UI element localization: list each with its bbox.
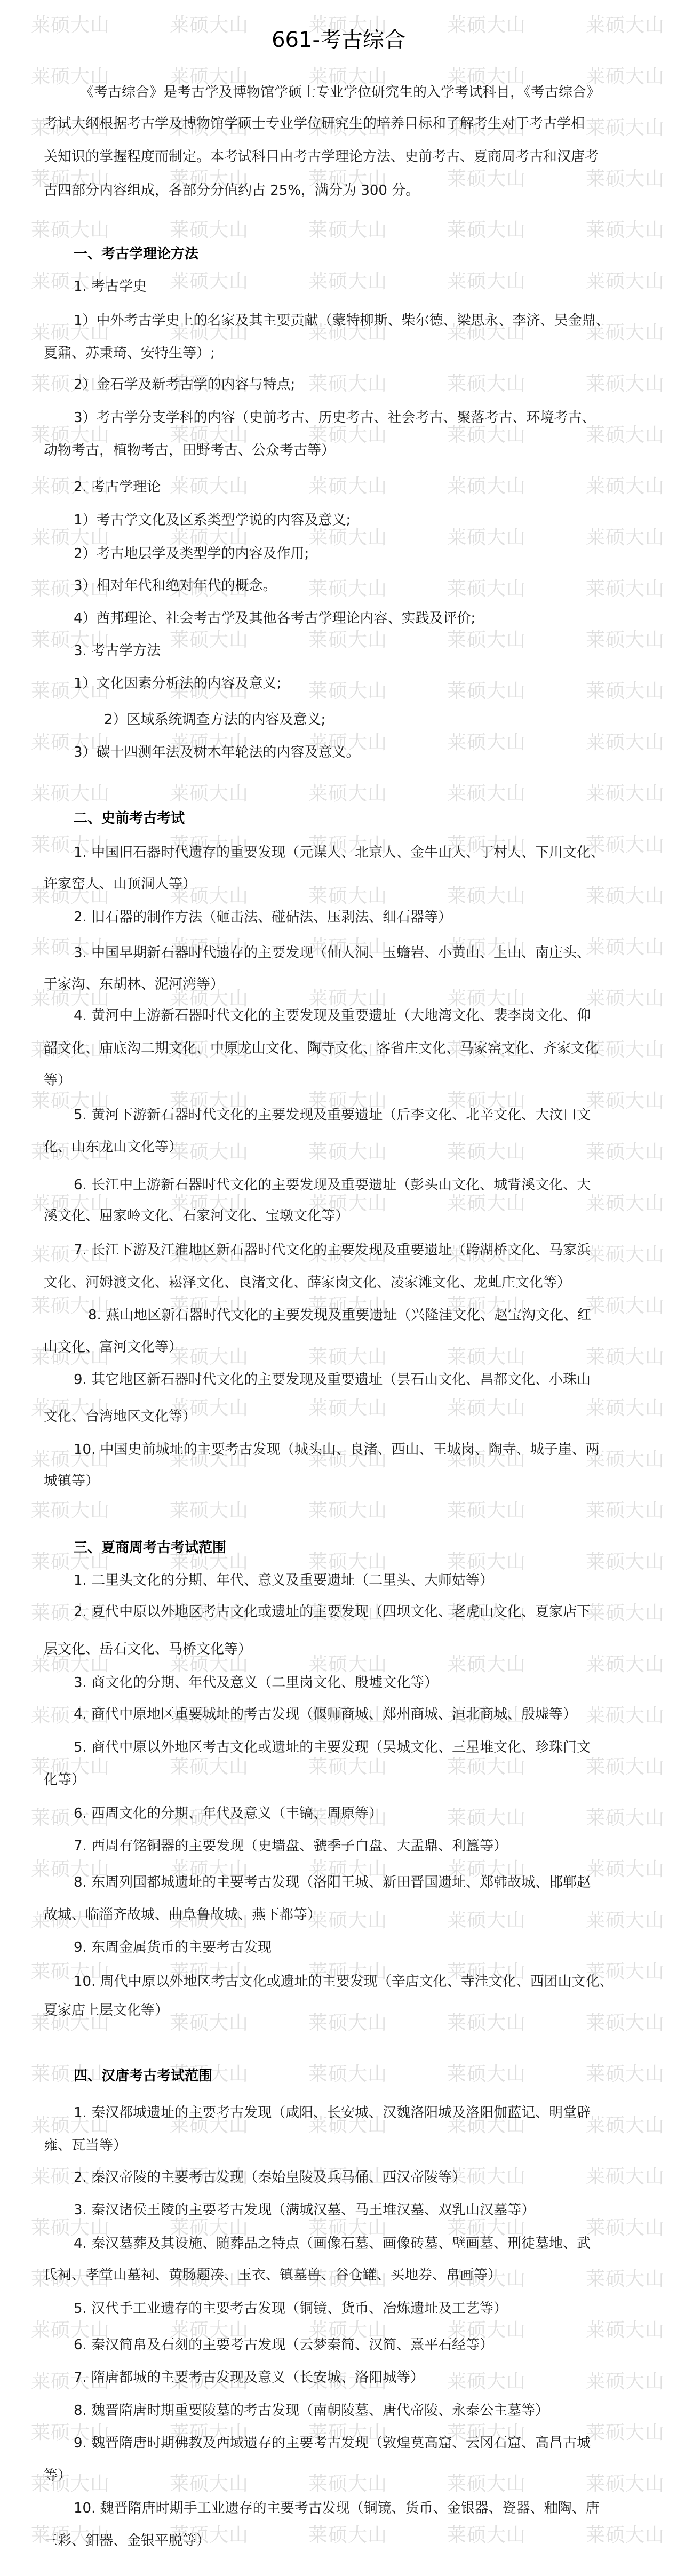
list-item: 1. 中国旧石器时代遗存的重要发现（元谋人、北京人、金牛山人、丁村人、下川文化、: [74, 845, 604, 861]
intro-line: 古四部分内容组成，各部分分值约占 25%，满分为 300 分。: [44, 182, 419, 198]
list-item: 8. 燕山地区新石器时代文化的主要发现及重要遗址（兴隆洼文化、赵宝沟文化、红: [88, 1307, 591, 1323]
list-item: 1）文化因素分析法的内容及意义;: [74, 675, 281, 691]
list-item-cont: 雍、瓦当等）: [44, 2137, 127, 2153]
intro-line: 《考古综合》是考古学及博物馆学硕士专业学位研究生的入学考试科目，《考古综合》: [80, 84, 600, 100]
section-heading: 四、汉唐考古考试范围: [74, 2068, 212, 2084]
list-item: 3）碳十四测年法及树木年轮法的内容及意义。: [74, 744, 360, 760]
section-heading: 一、考古学理论方法: [74, 246, 198, 262]
list-item: 3）考古学分支学科的内容（史前考古、历史考古、社会考古、聚落考古、环境考古、: [74, 410, 596, 426]
list-item: 7. 隋唐都城的主要考古发现及意义（长安城、洛阳城等）: [74, 2370, 424, 2386]
list-item: 6. 秦汉简帛及石刻的主要考古发现（云梦秦简、汉简、熹平石经等）: [74, 2337, 493, 2353]
section-heading: 三、夏商周考古考试范围: [74, 1540, 226, 1556]
list-item: 4. 秦汉墓葬及其设施、随葬品之特点（画像石墓、画像砖墓、壁画墓、刑徒墓地、武: [74, 2236, 591, 2252]
list-item: 10. 中国史前城址的主要考古发现（城头山、良渚、西山、王城岗、陶寺、城子崖、两: [74, 1442, 600, 1458]
list-item-cont: 夏鼐、苏秉琦、安特生等）;: [44, 345, 215, 361]
list-item: 2. 旧石器的制作方法（砸击法、碰砧法、压剥法、细石器等）: [74, 909, 452, 925]
list-item: 9. 魏晋隋唐时期佛教及西域遗存的主要考古发现（敦煌莫高窟、云冈石窟、高昌古城: [74, 2435, 591, 2451]
list-item: 5. 汉代手工业遗存的主要考古发现（铜镜、货币、冶炼遗址及工艺等）: [74, 2301, 507, 2317]
list-item: 8. 魏晋隋唐时期重要陵墓的考古发现（南朝陵墓、唐代帝陵、永泰公主墓等）: [74, 2403, 549, 2419]
list-item: 7. 西周有铭铜器的主要发现（史墙盘、虢季子白盘、大盂鼎、利簋等）: [74, 1838, 507, 1854]
list-item-cont: 化、山东龙山文化等）: [44, 1139, 182, 1155]
list-item-cont: 韶文化、庙底沟二期文化、中原龙山文化、陶寺文化、客省庄文化、马家窑文化、齐家文化: [44, 1040, 599, 1056]
list-item-cont: 溪文化、屈家岭文化、石家河文化、宝墩文化等）: [44, 1208, 349, 1224]
list-item: 2）考古地层学及类型学的内容及作用;: [74, 546, 309, 562]
list-item-cont: 动物考古，植物考古，田野考古、公众考古等）: [44, 442, 335, 458]
list-item: 1. 秦汉都城遗址的主要考古发现（咸阳、长安城、汉魏洛阳城及洛阳伽蓝记、明堂辟: [74, 2105, 591, 2121]
list-item: 6. 长江中上游新石器时代文化的主要发现及重要遗址（彭头山文化、城背溪文化、大: [74, 1177, 591, 1193]
list-item: 6. 西周文化的分期、年代及意义（丰镐、周原等）: [74, 1806, 383, 1822]
document-page: 661-考古综合 《考古综合》是考古学及博物馆学硕士专业学位研究生的入学考试科目…: [0, 0, 677, 2576]
list-item-cont: 文化、台湾地区文化等）: [44, 1409, 196, 1425]
list-item: 3. 中国早期新石器时代遗存的主要发现（仙人洞、玉蟾岩、小黄山、上山、南庄头、: [74, 945, 591, 961]
list-item: 1. 二里头文化的分期、年代、意义及重要遗址（二里头、大师姑等）: [74, 1572, 493, 1588]
list-item: 2. 秦汉帝陵的主要考古发现（秦始皇陵及兵马俑、西汉帝陵等）: [74, 2169, 466, 2185]
list-item-cont: 于家沟、东胡林、泥河湾等）: [44, 976, 224, 992]
list-item: 10. 周代中原以外地区考古文化或遗址的主要发现（辛店文化、寺洼文化、西团山文化…: [74, 1974, 614, 1990]
list-item: 3. 秦汉诸侯王陵的主要考古发现（满城汉墓、马王堆汉墓、双乳山汉墓等）: [74, 2202, 535, 2218]
list-item: 5. 黄河下游新石器时代文化的主要发现及重要遗址（后李文化、北辛文化、大汶口文: [74, 1107, 591, 1123]
list-item: 9. 东周金属货币的主要考古发现: [74, 1939, 272, 1955]
list-item: 5. 商代中原以外地区考古文化或遗址的主要发现（吴城文化、三星堆文化、珍珠门文: [74, 1739, 591, 1755]
subsection-title: 1. 考古学史: [74, 279, 147, 295]
list-item: 7. 长江下游及江淮地区新石器时代文化的主要发现及重要遗址（跨湖桥文化、马家浜: [74, 1242, 591, 1258]
list-item: 4. 商代中原地区重要城址的考古发现（偃师商城、郑州商城、洹北商城、殷墟等）: [74, 1706, 577, 1722]
list-item-cont: 城镇等）: [44, 1473, 99, 1489]
list-item: 8. 东周列国都城遗址的主要考古发现（洛阳王城、新田晋国遗址、郑韩故城、邯郸赵: [74, 1874, 591, 1890]
list-item-cont: 等）: [44, 1072, 71, 1088]
list-item-cont: 化等）: [44, 1772, 85, 1788]
list-item: 2）区域系统调查方法的内容及意义;: [104, 712, 325, 728]
list-item-cont: 氏祠、孝堂山墓祠、黄肠题凑、玉衣、镇墓兽、谷仓罐、买地券、帛画等）: [44, 2267, 501, 2283]
list-item-cont: 夏家店上层文化等）: [44, 2002, 169, 2018]
list-item: 9. 其它地区新石器时代文化的主要发现及重要遗址（昙石山文化、昌都文化、小珠山: [74, 1372, 591, 1388]
document-title: 661-考古综合: [0, 28, 677, 52]
list-item: 10. 魏晋隋唐时期手工业遗存的主要考古发现（铜镜、货币、金银器、瓷器、釉陶、唐: [74, 2500, 600, 2516]
list-item: 2. 夏代中原以外地区考古文化或遗址的主要发现（四坝文化、老虎山文化、夏家店下: [74, 1604, 591, 1620]
list-item: 2）金石学及新考古学的内容与特点;: [74, 377, 295, 393]
list-item-cont: 文化、河姆渡文化、崧泽文化、良渚文化、薛家岗文化、凌家滩文化、龙虬庄文化等）: [44, 1275, 571, 1291]
list-item-cont: 等）: [44, 2468, 71, 2484]
list-item-cont: 山文化、富河文化等）: [44, 1339, 182, 1355]
list-item: 4）酋邦理论、社会考古学及其他各考古学理论内容、实践及评价;: [74, 610, 475, 626]
subsection-title: 3. 考古学方法: [74, 643, 161, 659]
subsection-title: 2. 考古学理论: [74, 479, 161, 495]
intro-line: 关知识的掌握程度而制定。本考试科目由考古学理论方法、史前考古、夏商周考古和汉唐考: [44, 149, 599, 165]
list-item: 1）中外考古学史上的名家及其主要贡献（蒙特柳斯、柴尔德、梁思永、李济、吴金鼎、: [74, 313, 610, 329]
list-item-cont: 故城、临淄齐故城、曲阜鲁故城、燕下都等）: [44, 1907, 321, 1923]
intro-line: 考试大纲根据考古学及博物馆学硕士专业学位研究生的培养目标和了解考生对于考古学相: [44, 116, 585, 132]
section-heading: 二、史前考古考试: [74, 810, 185, 826]
list-item-cont: 三彩、釦器、金银平脱等）: [44, 2533, 210, 2549]
list-item: 1）考古学文化及区系类型学说的内容及意义;: [74, 512, 351, 528]
list-item: 4. 黄河中上游新石器时代文化的主要发现及重要遗址（大地湾文化、裴李岗文化、仰: [74, 1008, 591, 1024]
list-item: 3. 商文化的分期、年代及意义（二里岗文化、殷墟文化等）: [74, 1675, 438, 1691]
list-item: 3）相对年代和绝对年代的概念。: [74, 578, 277, 594]
list-item-cont: 层文化、岳石文化、马桥文化等）: [44, 1641, 252, 1657]
list-item-cont: 许家窑人、山顶洞人等）: [44, 876, 196, 892]
